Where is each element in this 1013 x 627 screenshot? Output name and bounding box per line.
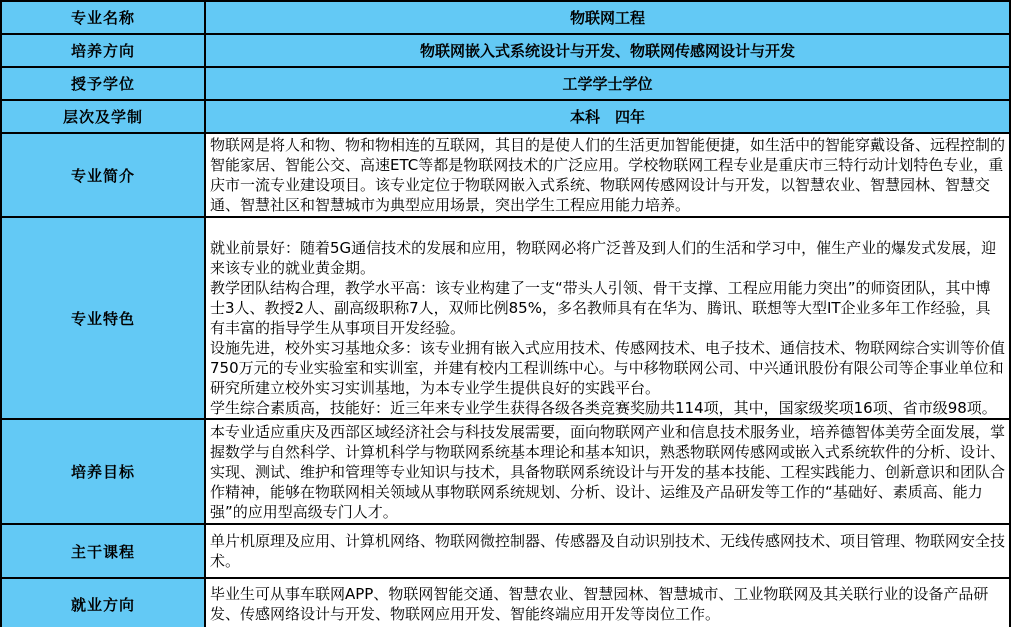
row-value-main-courses: 单片机原理及应用、计算机网络、物联网微控制器、传感器及自动识别技术、无线传感网技…	[205, 524, 1010, 578]
table-row-employment-direction: 就业方向 毕业生可从事车联网APP、物联网智能交通、智慧农业、智慧园林、智慧城市…	[1, 578, 1010, 627]
row-label-level-duration: 层次及学制	[1, 100, 205, 133]
row-value-training-direction: 物联网嵌入式系统设计与开发、物联网传感网设计与开发	[205, 34, 1010, 67]
table-row-degree: 授予学位 工学学士学位	[1, 67, 1010, 100]
major-info-table: 专业名称 物联网工程 培养方向 物联网嵌入式系统设计与开发、物联网传感网设计与开…	[0, 0, 1011, 627]
row-label-employment-direction: 就业方向	[1, 578, 205, 627]
row-label-training-objectives: 培养目标	[1, 419, 205, 524]
row-value-level-duration: 本科 四年	[205, 100, 1010, 133]
table-row-training-objectives: 培养目标 本专业适应重庆及西部区域经济社会与科技发展需要，面向物联网产业和信息技…	[1, 419, 1010, 524]
table-row-level-duration: 层次及学制 本科 四年	[1, 100, 1010, 133]
row-label-degree: 授予学位	[1, 67, 205, 100]
row-label-main-courses: 主干课程	[1, 524, 205, 578]
row-value-training-objectives: 本专业适应重庆及西部区域经济社会与科技发展需要，面向物联网产业和信息技术服务业，…	[205, 419, 1010, 524]
major-info-page: 专业名称 物联网工程 培养方向 物联网嵌入式系统设计与开发、物联网传感网设计与开…	[0, 0, 1013, 627]
row-label-training-direction: 培养方向	[1, 34, 205, 67]
row-value-employment-direction: 毕业生可从事车联网APP、物联网智能交通、智慧农业、智慧园林、智慧城市、工业物联…	[205, 578, 1010, 627]
row-value-major-intro: 物联网是将人和物、物和物相连的互联网，其目的是使人们的生活更加智能便捷，如生活中…	[205, 133, 1010, 217]
row-value-degree: 工学学士学位	[205, 67, 1010, 100]
row-value-major-features: 就业前景好：随着5G通信技术的发展和应用，物联网必将广泛普及到人们的生活和学习中…	[205, 217, 1010, 419]
row-label-major-features: 专业特色	[1, 217, 205, 419]
table-row-major-features: 专业特色 就业前景好：随着5G通信技术的发展和应用，物联网必将广泛普及到人们的生…	[1, 217, 1010, 419]
row-label-major-intro: 专业简介	[1, 133, 205, 217]
row-value-major-name: 物联网工程	[205, 1, 1010, 34]
row-label-major-name: 专业名称	[1, 1, 205, 34]
table-row-major-name: 专业名称 物联网工程	[1, 1, 1010, 34]
table-row-major-intro: 专业简介 物联网是将人和物、物和物相连的互联网，其目的是使人们的生活更加智能便捷…	[1, 133, 1010, 217]
table-row-main-courses: 主干课程 单片机原理及应用、计算机网络、物联网微控制器、传感器及自动识别技术、无…	[1, 524, 1010, 578]
table-row-training-direction: 培养方向 物联网嵌入式系统设计与开发、物联网传感网设计与开发	[1, 34, 1010, 67]
